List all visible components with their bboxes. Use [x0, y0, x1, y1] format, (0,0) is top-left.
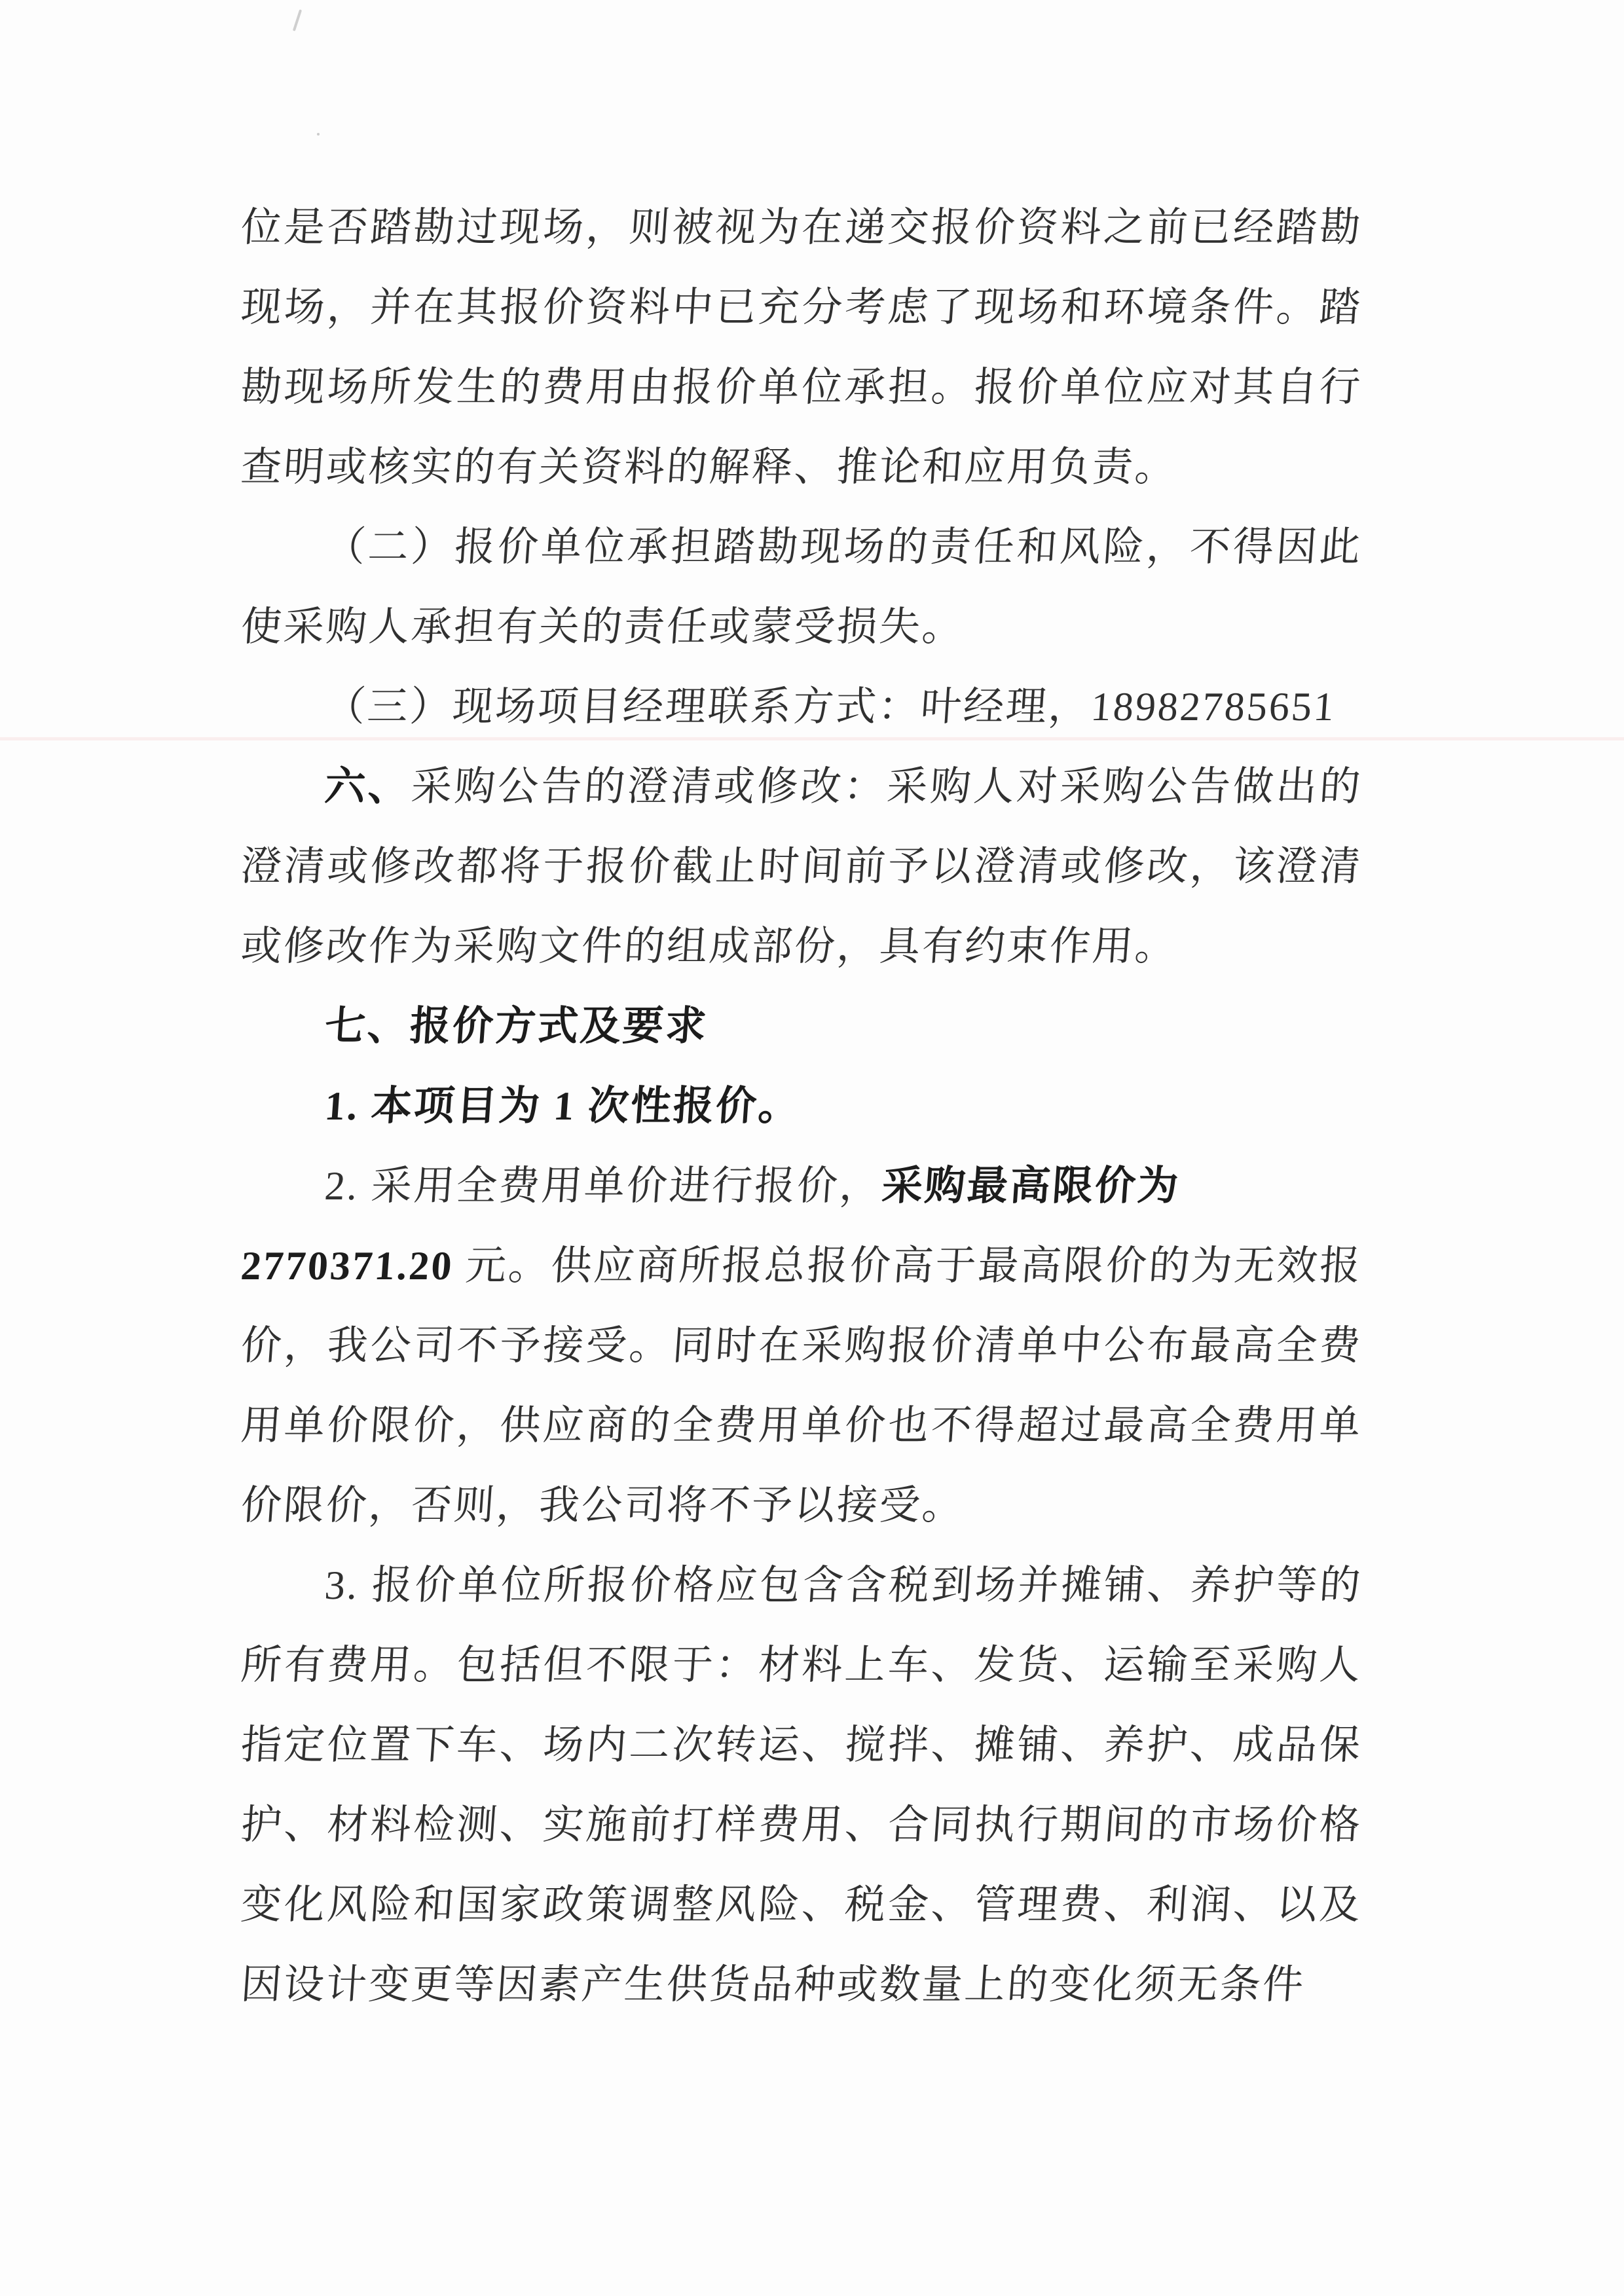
text-line-08: 六、采购公告的澄清或修改：采购人对采购公告做出的: [238, 747, 1365, 827]
text-line-03: 勘现场所发生的费用由报价单位承担。报价单位应对其自行: [238, 348, 1365, 428]
text-segment: 因设计变更等因素产生供货品种或数量上的变化须无条件: [240, 1963, 1307, 2007]
text-line-18: 3. 报价单位所报价格应包含含税到场并摊铺、养护等的: [238, 1546, 1365, 1626]
scan-artifact-dot: [317, 133, 320, 136]
text-segment: 位是否踏勘过现场，则被视为在递交报价资料之前已经踏勘: [240, 206, 1364, 250]
document-text-block: 位是否踏勘过现场，则被视为在递交报价资料之前已经踏勘 现场，并在其报价资料中已充…: [241, 188, 1362, 2025]
text-segment: 3. 报价单位所报价格应包含含税到场并摊铺、养护等的: [323, 1563, 1364, 1608]
text-line-21: 护、材料检测、实施前打样费用、合同执行期间的市场价格: [238, 1785, 1365, 1865]
text-line-10: 或修改作为采购文件的组成部份，具有约束作用。: [238, 907, 1365, 987]
text-segment: 元。供应商所报总报价高于最高限价的为无效报: [452, 1244, 1363, 1288]
text-line-07: （三）现场项目经理联系方式：叶经理，18982785651: [238, 667, 1365, 747]
text-line-14: 2770371.20 元。供应商所报总报价高于最高限价的为无效报: [238, 1226, 1365, 1306]
text-segment: （三）现场项目经理联系方式：叶经理，18982785651: [323, 685, 1338, 729]
text-line-06: 使采购人承担有关的责任或蒙受损失。: [238, 587, 1365, 667]
text-line-12: 1. 本项目为 1 次性报价。: [238, 1066, 1365, 1146]
text-segment-bold: 六、: [323, 765, 413, 809]
text-segment-bold: 1. 本项目为 1 次性报价。: [323, 1084, 803, 1129]
text-segment: 用单价限价，供应商的全费用单价也不得超过最高全费用单: [240, 1404, 1364, 1448]
scan-artifact-slash: [293, 9, 302, 31]
text-segment: 使采购人承担有关的责任或蒙受损失。: [240, 605, 967, 649]
text-line-05: （二）报价单位承担踏勘现场的责任和风险，不得因此: [238, 507, 1365, 587]
text-line-01: 位是否踏勘过现场，则被视为在递交报价资料之前已经踏勘: [238, 188, 1365, 268]
text-line-23: 因设计变更等因素产生供货品种或数量上的变化须无条件: [238, 1945, 1365, 2025]
text-segment: 或修改作为采购文件的组成部份，具有约束作用。: [240, 924, 1179, 969]
text-segment-bold: 采购最高限价为: [881, 1164, 1182, 1209]
text-line-20: 指定位置下车、场内二次转运、搅拌、摊铺、养护、成品保: [238, 1705, 1365, 1785]
text-segment: 价，我公司不予接受。同时在采购报价清单中公布最高全费: [240, 1324, 1364, 1368]
text-segment: 2. 采用全费用单价进行报价，: [323, 1164, 884, 1209]
text-line-11-section-heading: 七、报价方式及要求: [238, 987, 1365, 1066]
text-segment: 护、材料检测、实施前打样费用、合同执行期间的市场价格: [240, 1803, 1364, 1848]
text-segment: 勘现场所发生的费用由报价单位承担。报价单位应对其自行: [240, 365, 1364, 410]
text-line-17: 价限价，否则，我公司将不予以接受。: [238, 1466, 1365, 1546]
text-segment: 指定位置下车、场内二次转运、搅拌、摊铺、养护、成品保: [240, 1723, 1364, 1768]
text-segment: 所有费用。包括但不限于：材料上车、发货、运输至采购人: [240, 1643, 1364, 1688]
text-segment: 变化风险和国家政策调整风险、税金、管理费、利润、以及: [240, 1883, 1364, 1927]
text-segment: 价限价，否则，我公司将不予以接受。: [240, 1484, 967, 1528]
text-line-19: 所有费用。包括但不限于：材料上车、发货、运输至采购人: [238, 1626, 1365, 1705]
text-line-16: 用单价限价，供应商的全费用单价也不得超过最高全费用单: [238, 1386, 1365, 1466]
text-line-22: 变化风险和国家政策调整风险、税金、管理费、利润、以及: [238, 1865, 1365, 1945]
text-line-09: 澄清或修改都将于报价截止时间前予以澄清或修改，该澄清: [238, 827, 1365, 907]
text-line-13: 2. 采用全费用单价进行报价，采购最高限价为: [238, 1146, 1365, 1226]
text-line-02: 现场，并在其报价资料中已充分考虑了现场和环境条件。踏: [238, 268, 1365, 348]
text-segment: 澄清或修改都将于报价截止时间前予以澄清或修改，该澄清: [240, 845, 1364, 889]
text-line-04: 查明或核实的有关资料的解释、推论和应用负责。: [238, 428, 1365, 507]
document-page: 位是否踏勘过现场，则被视为在递交报价资料之前已经踏勘 现场，并在其报价资料中已充…: [0, 0, 1624, 2296]
text-segment: 采购公告的澄清或修改：采购人对采购公告做出的: [410, 765, 1364, 809]
text-segment-bold: 2770371.20: [240, 1244, 455, 1288]
text-segment: （二）报价单位承担踏勘现场的责任和风险，不得因此: [323, 525, 1364, 570]
text-segment: 查明或核实的有关资料的解释、推论和应用负责。: [240, 445, 1179, 490]
text-line-15: 价，我公司不予接受。同时在采购报价清单中公布最高全费: [238, 1306, 1365, 1386]
text-segment-bold: 七、报价方式及要求: [323, 1004, 710, 1049]
text-segment: 现场，并在其报价资料中已充分考虑了现场和环境条件。踏: [240, 285, 1364, 330]
